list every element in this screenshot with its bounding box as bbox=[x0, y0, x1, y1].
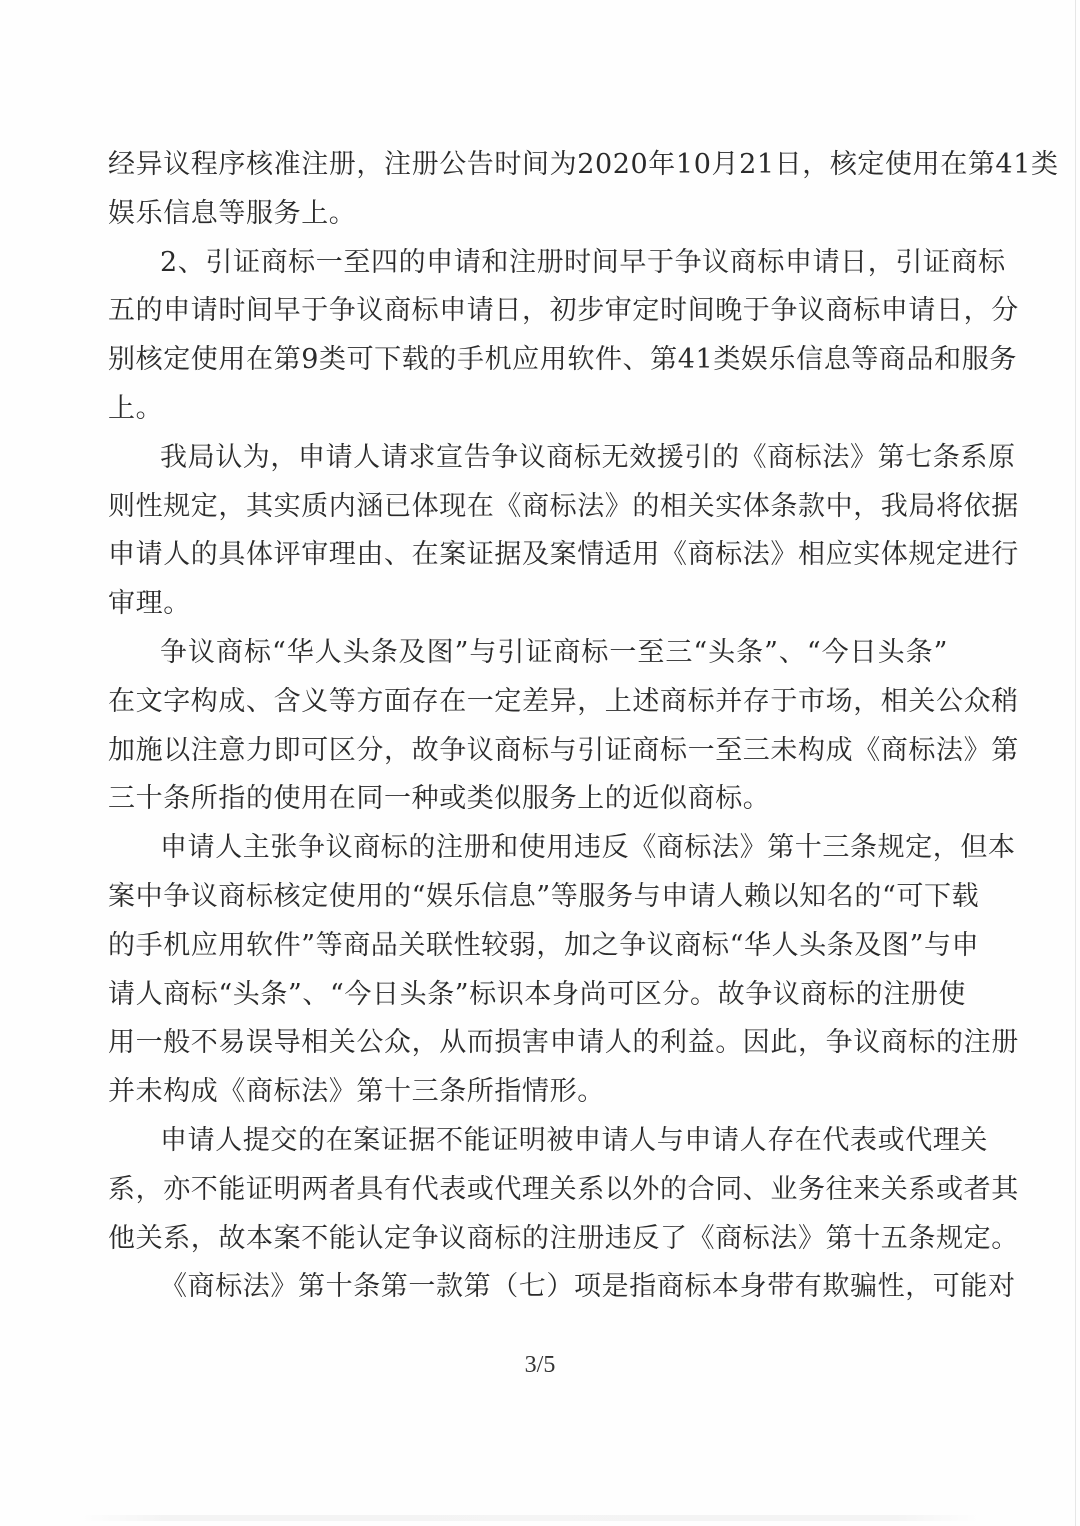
text-line: 系，亦不能证明两者具有代表或代理关系以外的合同、业务往来关系或者其 bbox=[108, 1166, 948, 1215]
text-line: 2、引证商标一至四的申请和注册时间早于争议商标申请日，引证商标 bbox=[108, 239, 948, 288]
text-line: 审理。 bbox=[108, 580, 948, 629]
paragraph-article-30: 争议商标“华人头条及图”与引证商标一至三“头条”、“今日头条” 在文字构成、含义… bbox=[108, 629, 948, 824]
text-line: 别核定使用在第9类可下载的手机应用软件、第41类娱乐信息等商品和服务 bbox=[108, 336, 948, 385]
text-line: 争议商标“华人头条及图”与引证商标一至三“头条”、“今日头条” bbox=[108, 629, 948, 678]
text-line: 则性规定，其实质内涵已体现在《商标法》的相关实体条款中，我局将依据 bbox=[108, 483, 948, 532]
text-line: 申请人的具体评审理由、在案证据及案情适用《商标法》相应实体规定进行 bbox=[108, 531, 948, 580]
text-line: 的手机应用软件”等商品关联性较弱，加之争议商标“华人头条及图”与申 bbox=[108, 922, 948, 971]
paragraph-article-15: 申请人提交的在案证据不能证明被申请人与申请人存在代表或代理关 系，亦不能证明两者… bbox=[108, 1117, 948, 1263]
document-page: 经异议程序核准注册，注册公告时间为2020年10月21日，核定使用在第41类 娱… bbox=[0, 0, 1080, 1526]
text-line: 娱乐信息等服务上。 bbox=[108, 190, 948, 239]
text-line: 请人商标“头条”、“今日头条”标识本身尚可区分。故争议商标的注册使 bbox=[108, 971, 948, 1020]
paragraph-bureau-opinion: 我局认为，申请人请求宣告争议商标无效援引的《商标法》第七条系原 则性规定，其实质… bbox=[108, 434, 948, 629]
paragraph-article-10: 《商标法》第十条第一款第（七）项是指商标本身带有欺骗性，可能对 bbox=[108, 1263, 948, 1312]
text-line: 三十条所指的使用在同一种或类似服务上的近似商标。 bbox=[108, 775, 948, 824]
page-edge bbox=[1075, 0, 1076, 1526]
text-line: 《商标法》第十条第一款第（七）项是指商标本身带有欺骗性，可能对 bbox=[108, 1263, 948, 1312]
text-line: 经异议程序核准注册，注册公告时间为2020年10月21日，核定使用在第41类 bbox=[108, 141, 948, 190]
text-line: 申请人主张争议商标的注册和使用违反《商标法》第十三条规定，但本 bbox=[108, 824, 948, 873]
text-line: 他关系，故本案不能认定争议商标的注册违反了《商标法》第十五条规定。 bbox=[108, 1215, 948, 1264]
paragraph-article-13: 申请人主张争议商标的注册和使用违反《商标法》第十三条规定，但本 案中争议商标核定… bbox=[108, 824, 948, 1117]
text-line: 加施以注意力即可区分，故争议商标与引证商标一至三未构成《商标法》第 bbox=[108, 727, 948, 776]
text-line: 申请人提交的在案证据不能证明被申请人与申请人存在代表或代理关 bbox=[108, 1117, 948, 1166]
paragraph-registration-continued: 经异议程序核准注册，注册公告时间为2020年10月21日，核定使用在第41类 娱… bbox=[108, 141, 948, 239]
document-body: 经异议程序核准注册，注册公告时间为2020年10月21日，核定使用在第41类 娱… bbox=[108, 141, 948, 1312]
text-line: 并未构成《商标法》第十三条所指情形。 bbox=[108, 1068, 948, 1117]
text-line: 用一般不易误导相关公众，从而损害申请人的利益。因此，争议商标的注册 bbox=[108, 1019, 948, 1068]
text-line: 在文字构成、含义等方面存在一定差异，上述商标并存于市场，相关公众稍 bbox=[108, 678, 948, 727]
scan-bleed-through bbox=[80, 1515, 980, 1521]
text-line: 上。 bbox=[108, 385, 948, 434]
page-number: 3/5 bbox=[0, 1352, 1080, 1379]
paragraph-cited-marks: 2、引证商标一至四的申请和注册时间早于争议商标申请日，引证商标 五的申请时间早于… bbox=[108, 239, 948, 434]
text-line: 我局认为，申请人请求宣告争议商标无效援引的《商标法》第七条系原 bbox=[108, 434, 948, 483]
text-line: 案中争议商标核定使用的“娱乐信息”等服务与申请人赖以知名的“可下载 bbox=[108, 873, 948, 922]
text-line: 五的申请时间早于争议商标申请日，初步审定时间晚于争议商标申请日，分 bbox=[108, 287, 948, 336]
